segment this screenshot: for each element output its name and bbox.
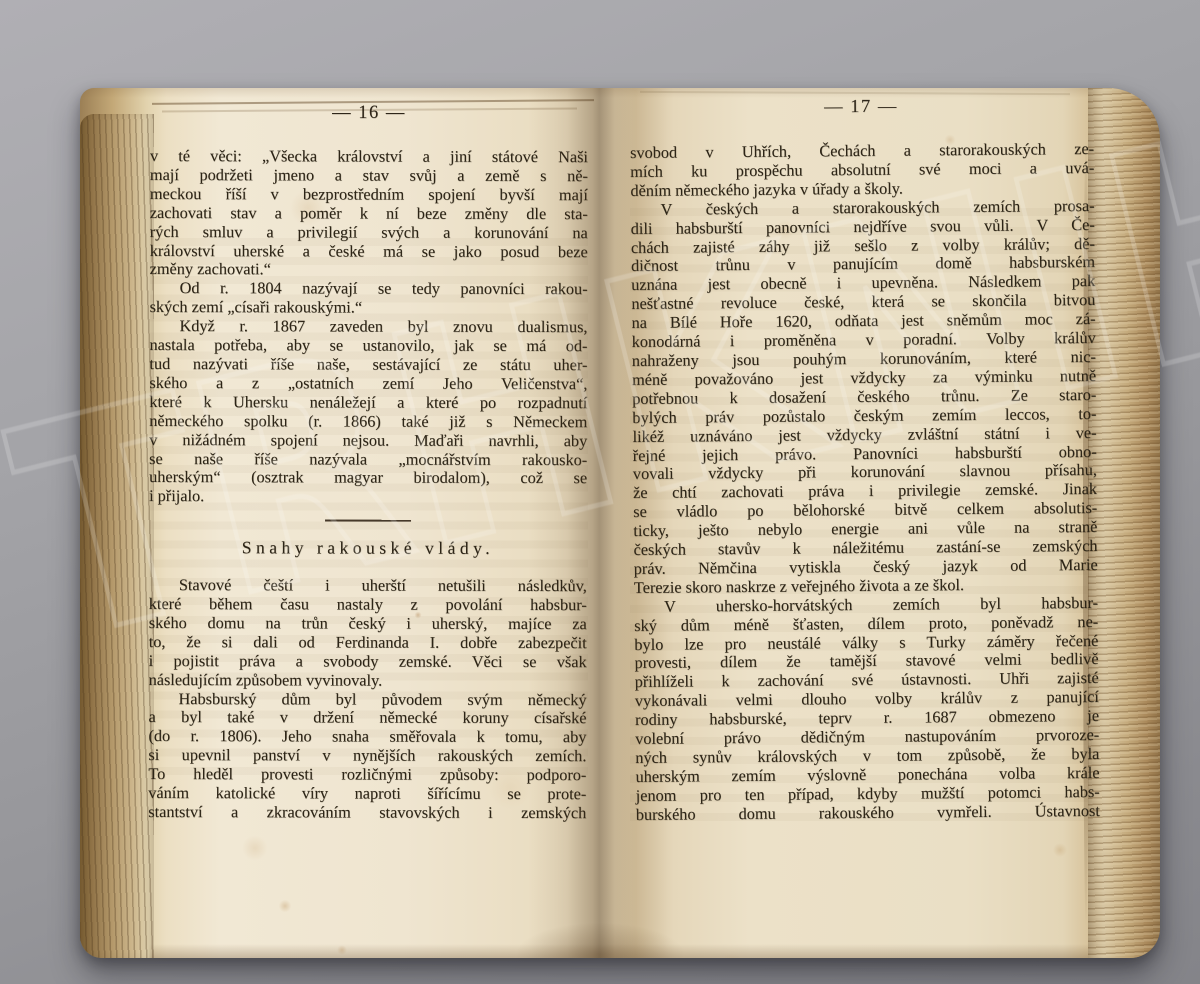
text-line: které k Uhersku nenáležejí a které po ro… <box>149 393 587 413</box>
text-line: (do r. 1806). Jeho snaha směřovala k tom… <box>148 727 586 747</box>
text-line: mají podržeti jmeno a stav svůj a země s… <box>150 166 588 186</box>
page-number-17: — 17 — <box>630 95 1092 120</box>
text-line: následujícím způsobem vyvinovaly. <box>149 671 587 691</box>
text-line: království uherské a české má se jako po… <box>150 242 588 262</box>
text-line: uherským“ (osztrak magyar birodalom), co… <box>149 468 587 488</box>
text-line: ských zemí „císaři rakouskými.“ <box>150 298 588 318</box>
left-page-stack-edge <box>80 114 154 958</box>
paragraph: Stavové čeští i uherští netušili následk… <box>149 576 587 691</box>
text-line: váním katolické víry naproti šířícímu se… <box>148 784 586 804</box>
page-top-edge-line <box>640 91 1070 95</box>
text-line: ského a z „ostatních zemí Jeho Veličenst… <box>149 374 587 394</box>
text-line: stantství a zkracováním stavovských i ze… <box>148 803 586 823</box>
text-line: i pojistit práva a svobody zemské. Věci … <box>149 652 587 672</box>
text-line: v té věci: „Všecka království a jiní stá… <box>150 147 588 167</box>
paragraph: Když r. 1867 zaveden byl znovu dualismus… <box>149 317 587 507</box>
text-line: Od r. 1804 nazývají se tedy panovníci ra… <box>150 279 588 299</box>
section-heading: Snahy rakouské vlády. <box>149 538 587 558</box>
text-line: to, že si dali od Ferdinanda I. dobře za… <box>149 633 587 653</box>
page-16-text: v té věci: „Všecka království a jiní stá… <box>148 147 588 823</box>
paragraph: V uhersko-horvátských zemích byl habsbur… <box>634 594 1100 825</box>
text-line: se naše říše nazývala „mocnářstvím rakou… <box>149 449 587 469</box>
text-line: Habsburský dům byl původem svým německý <box>149 690 587 710</box>
text-line: rých smluv a privilegií svých a korunová… <box>150 223 588 243</box>
book-scan: — 16 — v té věci: „Všecka království a j… <box>0 0 1200 984</box>
section-divider <box>325 520 411 522</box>
text-line: burského domu rakouského vymřeli. Ústavn… <box>636 802 1100 825</box>
text-line: nastala potřeba, aby se ustanovilo, jak … <box>149 336 587 356</box>
text-line: v nižádném spojení nejsou. Maďaři navrhl… <box>149 431 587 451</box>
paragraph: Habsburský dům byl původem svým německýa… <box>148 690 586 823</box>
text-line: změny zachovati.“ <box>150 260 588 280</box>
text-line: které během času nastaly z povolání habs… <box>149 595 587 615</box>
paragraph: Od r. 1804 nazývají se tedy panovníci ra… <box>150 279 588 318</box>
paragraph: v té věci: „Všecka království a jiní stá… <box>150 147 588 280</box>
text-line: i přijalo. <box>149 487 587 507</box>
book-gutter-shadow <box>528 88 668 958</box>
fore-edge-page-stack <box>1088 88 1160 958</box>
text-line: a byl také v držení německé koruny císař… <box>148 708 586 728</box>
open-book: — 16 — v té věci: „Všecka království a j… <box>80 88 1160 958</box>
text-line: si upevnil panství v nynějších rakouskýc… <box>148 746 586 766</box>
paragraph: V českých a starorakouských zemích prosa… <box>630 197 1097 598</box>
text-line: tud nazývati říše naše, sestávající ze s… <box>149 355 587 375</box>
text-line: Stavové čeští i uherští netušili následk… <box>149 576 587 596</box>
page-17-text: svobod v Uhřích, Čechách a starorakouský… <box>630 140 1100 825</box>
text-line: ského domu na trůn český i uherský, mají… <box>149 614 587 634</box>
text-line: Když r. 1867 zaveden byl znovu dualismus… <box>150 317 588 337</box>
text-line: To hleděl provesti rozličnými způsoby: p… <box>148 765 586 785</box>
page-number-16: — 16 — <box>150 103 588 124</box>
text-line: německého spolku (r. 1866) také již s Ně… <box>149 412 587 432</box>
text-line: meckou říší v bezprostředním spojení byv… <box>150 185 588 205</box>
text-line: zachovati stav a poměr k ní beze změny d… <box>150 204 588 224</box>
paragraph: svobod v Uhřích, Čechách a starorakouský… <box>630 140 1094 201</box>
